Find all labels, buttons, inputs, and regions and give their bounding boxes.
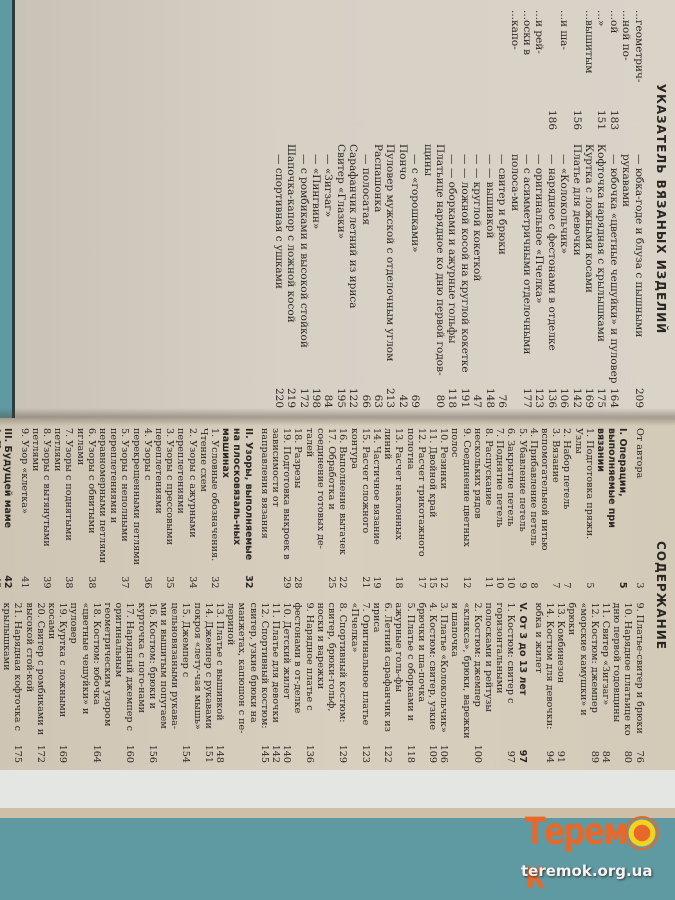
list-item: 13. Платье с вышивкой148 <box>214 603 225 764</box>
entry-title: От автора <box>633 428 644 567</box>
entry-page-number: 25 <box>304 571 338 589</box>
entry-title: — — круглой кокеткой <box>471 154 483 386</box>
book-photo: УКАЗАТЕЛЬ ВЯЗАНЫХ ИЗДЕЛИЙ ...геометрич-.… <box>0 0 675 900</box>
list-item: ...»151 <box>595 10 607 130</box>
entry-title: 1. Подготовка пряжи. Узлы <box>572 428 594 567</box>
entry-title: 12. Спортивный костюм: свитер, узкие брю… <box>225 603 270 741</box>
entry-title: 1. Костюм: свитер с горизонтальными поло… <box>483 603 517 742</box>
list-item: 11. Платье для девочки142 <box>270 603 281 764</box>
entry-title: I. Операции, выполняемые при вязании <box>595 428 629 567</box>
list-item: 8. Узоры с вытянутыми петлями39 <box>30 428 52 589</box>
entry-title: Свитер «Глазки» <box>334 144 346 384</box>
entry-page-number: 80 <box>611 745 633 763</box>
entry-title: — полосатая <box>359 154 371 386</box>
list-item: 4. Узоры с перекрещенными петлями36 <box>130 428 152 589</box>
entry-page-number: 9 <box>516 571 527 589</box>
list-item: 1. Подготовка пряжи. Узлы5 <box>572 428 594 589</box>
entry-title: ...оски в <box>521 10 533 108</box>
list-item: — «Зигзаг»84 <box>322 144 334 408</box>
list-item: Пуловер мужской с отделочным углом213 <box>384 144 396 408</box>
entry-title: 16. Выполнение вытачек <box>337 428 348 567</box>
entry-title: 21. Нарядная кофточка с крылышками <box>1 603 23 741</box>
entry-page-number: 41 <box>18 571 29 589</box>
entry-page-number: 164 <box>607 388 619 408</box>
entry-page-number: 32 <box>220 571 254 589</box>
entry-title: 4. Костюм: свитер, узкие брючки и ша-поч… <box>416 603 438 741</box>
entry-title: — — оборками и ажурные гольфы <box>446 154 458 384</box>
contents-heading: СОДЕРЖАНИЕ <box>655 418 667 773</box>
entry-title: 5. Узоры с неполными переплетениями и не… <box>97 428 131 567</box>
list-item: 7. Оригинальное платье «Пчелка»123 <box>348 603 370 764</box>
entry-title: 9. Нарядное платье с фестонами в от-делк… <box>292 603 314 741</box>
entry-page-number: 122 <box>371 745 393 763</box>
entry-page-number <box>533 112 545 130</box>
list-item: 186 <box>545 10 557 130</box>
entry-title: ...геометрич- <box>632 10 644 108</box>
list-item: 4. Прибавление петель8 <box>528 428 539 589</box>
entry-title: Пуловер мужской с отделочным углом <box>384 144 396 384</box>
list-item: — с «горошками»69 <box>409 144 421 408</box>
entry-page-number: 84 <box>322 390 334 408</box>
list-item: 3. Платье «Колокольчик»106 <box>438 603 449 764</box>
list-item: 19. Куртка с ложными косами169 <box>46 603 68 764</box>
entry-title: 8. Спортивный костюм: свитер, брюки-голь… <box>315 603 349 741</box>
section-entry: III. Будущей маме42 <box>2 428 13 589</box>
entry-page-number: 21 <box>348 571 370 589</box>
list-item: Сарафанчик летний из ириса122 <box>347 144 359 408</box>
index-left-column: ...геометрич-...ной по-...ой183...»151..… <box>272 10 644 130</box>
entry-page-number: 80 <box>421 390 446 408</box>
list-item: 6. Летний сарафанчик из ириса122 <box>371 603 393 764</box>
entry-page-number: 177 <box>508 388 533 408</box>
entry-title: ...» <box>595 10 607 106</box>
list-item: Куртка с ложными косами169 <box>583 144 595 408</box>
entry-title: 11. Двойной край <box>427 428 438 567</box>
entry-title: 16. Костюм: брюки и курточка с пого-нами <box>135 603 157 741</box>
book-cover-edge <box>0 770 675 808</box>
entry-title: Пончо <box>396 144 408 386</box>
list-item: 5. Платье с оборками и ажурные голь-фы11… <box>393 603 415 764</box>
entry-page-number: 11 <box>472 571 494 589</box>
entry-title: 7. Оригинальное платье «Пчелка» <box>348 603 370 741</box>
list-item: 156 <box>570 10 582 130</box>
entry-title: 3. Узоры с прессовыми переплетениями <box>153 428 175 567</box>
entry-page-number: 42 <box>396 390 408 408</box>
entry-page-number: 7 <box>561 571 572 589</box>
entry-page-number: 172 <box>297 388 309 408</box>
entry-title: 2. Узоры с ажурными переплетениями <box>175 428 197 567</box>
entry-page-number <box>508 112 520 130</box>
entry-page-number: 148 <box>483 388 495 408</box>
entry-page-number: 151 <box>595 110 607 130</box>
watermark-url: teremok.org.ua <box>521 862 652 880</box>
entry-title: ...вышитым <box>583 10 595 108</box>
teremok-watermark: Теремк teremok.org.ua <box>515 810 675 890</box>
entry-title: 14. Частичное вязание <box>371 428 382 567</box>
entry-title: — с «горошками» <box>409 154 421 386</box>
entry-page-number: 175 <box>1 745 23 763</box>
entry-title: — «Колокольчик» <box>558 154 570 384</box>
entry-page-number: 136 <box>292 745 314 763</box>
entry-title: 18. Разрезы <box>292 428 303 567</box>
entry-page-number: 39 <box>30 571 52 589</box>
entry-page-number: 129 <box>315 745 349 763</box>
entry-title: 5. Убавление петель <box>516 428 527 567</box>
entry-title: — «Зигзаг» <box>322 154 334 386</box>
entry-page-number: 47 <box>471 390 483 408</box>
entry-title: 12. Костюм: джемпер «морские камушки» и … <box>566 603 600 742</box>
entry-page-number <box>521 112 533 130</box>
entry-title: 19. Подготовка выкроек в зависимости от … <box>259 428 293 567</box>
list-item: — — вышивкой148 <box>483 144 495 408</box>
list-item: 12. Костюм: джемпер «морские камушки» и … <box>566 603 600 764</box>
entry-page-number: 10 <box>505 571 516 589</box>
entry-title: 6. Узоры с обвитыми иглами <box>74 428 96 567</box>
entry-page-number <box>558 112 570 130</box>
entry-title: ...ной по- <box>620 10 632 108</box>
list-item: 10. Нарядное платьице ко дню первой годо… <box>611 603 633 764</box>
contents-page: СОДЕРЖАНИЕ От автора3I. Операции, выполн… <box>0 418 675 773</box>
entry-title: 20. Свитер с ромбиками и высокой стой-ко… <box>23 603 45 741</box>
entry-title: Платьице нарядное ко дню первой годов-щи… <box>421 144 446 386</box>
entry-title: 9. Платье-свитер и брюки <box>633 603 644 742</box>
list-item: — оригинальное «Пчелка»123 <box>533 144 545 408</box>
entry-title: 14. Костюм для девочки: юбка и жилет <box>533 603 555 742</box>
entry-page-number: 8 <box>528 571 539 589</box>
entry-page-number: 154 <box>158 745 192 763</box>
entry-page-number <box>583 112 595 130</box>
list-item: 8. Распускание нескольких рядов11 <box>472 428 494 589</box>
entry-title: Платье для девочки <box>570 144 582 384</box>
entry-title: 17. Нарядный джемпер с оригинальным геом… <box>102 603 136 741</box>
entry-title: 10. Резинки <box>438 428 449 567</box>
entry-page-number: 140 <box>281 745 292 763</box>
entry-page-number: 5 <box>572 571 594 589</box>
list-item: 10. Резинки12 <box>438 428 449 589</box>
entry-title: Сарафанчик летний из ириса <box>347 144 359 384</box>
entry-title: II. Узоры, выполняемые на плосковязаль-н… <box>220 428 254 567</box>
entry-title: 3. Вязание вспомогательной нитью <box>539 428 561 567</box>
entry-title: Куртка с ложными косами <box>583 144 595 384</box>
entry-page-number: 97 <box>516 745 527 763</box>
list-item: 1. Пончо42 <box>0 428 2 589</box>
list-item: Распашонка63 <box>372 144 384 408</box>
entry-page-number: 219 <box>285 388 297 408</box>
list-item: 2. Костюм: джемпер «клякса», брюки, варе… <box>449 603 483 764</box>
list-item: 11. Двойной край15 <box>427 428 438 589</box>
entry-page-number: 10 <box>494 571 505 589</box>
entry-page-number: 220 <box>272 388 284 408</box>
sun-icon <box>625 816 659 850</box>
list-item: 18. Разрезы28 <box>292 428 303 589</box>
list-item: 14. Джемпер с рукавами покроя «лету-чая … <box>191 603 213 764</box>
list-item: 10. Детский жилет140 <box>281 603 292 764</box>
entry-page-number: 17 <box>404 571 426 589</box>
entry-page-number: 177 <box>0 745 1 763</box>
entry-title: 11. Платье для девочки <box>270 603 281 741</box>
entry-page-number: 142 <box>570 388 582 408</box>
entry-title: ...и ша- <box>558 10 570 108</box>
entry-page-number: 42 <box>2 571 13 589</box>
list-item: Кофточка нарядная с крылышками175 <box>595 144 607 408</box>
list-item: 13. Расчет наклонных линий18 <box>382 428 404 589</box>
entry-title: 7. Узоры с поднятыми петлями <box>52 428 74 567</box>
entry-title: — свитер и брюки <box>496 154 508 386</box>
entry-page-number: 97 <box>483 745 517 763</box>
entry-page-number: 156 <box>135 745 157 763</box>
entry-page-number: 136 <box>545 388 557 408</box>
list-item: ...вышитым <box>583 10 595 130</box>
entry-page-number: 213 <box>384 388 396 408</box>
entry-title <box>570 10 582 106</box>
entry-page-number: 186 <box>545 110 557 130</box>
entry-page-number: 164 <box>68 745 102 763</box>
entry-page-number: 37 <box>97 571 131 589</box>
list-item: Пончо42 <box>396 144 408 408</box>
entry-page-number: 145 <box>225 745 270 763</box>
entry-title: — с ромбиками и высокой стойкой <box>297 154 309 384</box>
entry-title: 9. Узор «клетка» <box>18 428 29 567</box>
entry-title: 1. Пончо <box>0 428 2 567</box>
entry-title: 13. Комбинезон <box>555 603 566 742</box>
list-item: 14. Костюм для девочки: юбка и жилет94 <box>533 603 555 764</box>
list-item: Шапочка-капор с ложной косой219 <box>285 144 297 408</box>
entry-page-number: 38 <box>52 571 74 589</box>
entry-title: 2. Костюм: джемпер «клякса», брюки, варе… <box>449 603 483 741</box>
entry-page-number: 94 <box>533 745 555 763</box>
list-item: — полосатая66 <box>359 144 371 408</box>
entry-page-number: 191 <box>459 388 471 408</box>
entry-title: 10. Детский жилет <box>281 603 292 741</box>
entry-title: 2. Набор петель <box>561 428 572 567</box>
section-entry: I. Операции, выполняемые при вязании5 <box>595 428 629 589</box>
list-item: 2. Узоры с ажурными переплетениями34 <box>175 428 197 589</box>
list-item: 9. Платье-свитер и брюки76 <box>633 603 644 764</box>
entry-title: 1. Условные обозначения. Чтение схем <box>198 428 220 567</box>
entry-page-number: 198 <box>310 388 322 408</box>
entry-title: — спортивная с ушками <box>272 154 284 384</box>
entry-page-number: 3 <box>633 571 644 589</box>
list-item: ...ой183 <box>607 10 619 130</box>
list-item: — юбка-годе и блуза с пышными рукавами20… <box>620 144 645 408</box>
entry-page-number: 76 <box>496 390 508 408</box>
list-item: Платьице нарядное ко дню первой годов-щи… <box>421 144 446 408</box>
list-item: — «Колокольчик»106 <box>558 144 570 408</box>
section-entry: II. Узоры, выполняемые на плосковязаль-н… <box>220 428 254 589</box>
entry-page-number <box>632 112 644 130</box>
list-item: 17. Нарядный джемпер с оригинальным геом… <box>102 603 136 764</box>
list-item: 6. Узоры с обвитыми иглами38 <box>74 428 96 589</box>
entry-title: Кофточка нарядная с крылышками <box>595 144 607 384</box>
list-item: 1. Условные обозначения. Чтение схем32 <box>198 428 220 589</box>
list-item: 7. Поднятие петель10 <box>494 428 505 589</box>
entry-page-number: 118 <box>393 745 415 763</box>
list-item: ...и рей- <box>533 10 545 130</box>
entry-title: 7. Поднятие петель <box>494 428 505 567</box>
entry-title: — юбка-годе и блуза с пышными рукавами <box>620 154 645 384</box>
list-item: 9. Узор «клетка»41 <box>18 428 29 589</box>
list-item: 5. Узоры с неполными переплетениями и не… <box>97 428 131 589</box>
list-item: 16. Выполнение вытачек22 <box>337 428 348 589</box>
entry-title <box>545 10 557 106</box>
entry-title: 15. Расчет сложного контура <box>348 428 370 567</box>
entry-title: 9. Соединение цветных полос <box>449 428 471 567</box>
entry-page-number: 28 <box>292 571 303 589</box>
list-item: 11. Свитер «Зигзаг»84 <box>600 603 611 764</box>
entry-page-number: 84 <box>600 745 611 763</box>
entry-title: 22. Платье с асимметричными отделоч-ными… <box>0 603 1 741</box>
entry-title: 13. Расчет наклонных линий <box>382 428 404 567</box>
entry-page-number: 18 <box>382 571 404 589</box>
list-item: 13. Комбинезон91 <box>555 603 566 764</box>
list-item: ...капо- <box>508 10 520 130</box>
entry-title: 8. Распускание нескольких рядов <box>472 428 494 567</box>
entry-page-number: 66 <box>359 390 371 408</box>
list-item: 8. Спортивный костюм: свитер, брюки-голь… <box>315 603 349 764</box>
entry-title: 14. Джемпер с рукавами покроя «лету-чая … <box>191 603 213 741</box>
list-item: — — ложной косой на круглой кокетке191 <box>459 144 471 408</box>
entry-page-number: 175 <box>595 388 607 408</box>
entry-page-number: 7 <box>539 571 561 589</box>
entry-page-number: 69 <box>409 390 421 408</box>
entry-page-number: 183 <box>607 110 619 130</box>
list-item: 1. Костюм: свитер с горизонтальными поло… <box>483 603 517 764</box>
list-item: — — оборками и ажурные гольфы118 <box>446 144 458 408</box>
entry-page-number: 109 <box>416 745 438 763</box>
entry-title: 12. Расчет трикотажного полотна <box>404 428 426 567</box>
entry-page-number: 63 <box>372 390 384 408</box>
list-item: Свитер «Глазки»195 <box>334 144 346 408</box>
entry-page-number: 209 <box>620 388 645 408</box>
entry-page-number: 156 <box>570 110 582 130</box>
entry-title: 4. Узоры с перекрещенными петлями <box>130 428 152 567</box>
entry-page-number: 38 <box>74 571 96 589</box>
entry-page-number: 118 <box>446 388 458 408</box>
list-item: ...и ша- <box>558 10 570 130</box>
list-item: 3. Вязание вспомогательной нитью7 <box>539 428 561 589</box>
list-item: — юбочка «цветные чешуйки» и пуловер164 <box>607 144 619 408</box>
entry-page-number: 12 <box>438 571 449 589</box>
entry-page-number: 22 <box>337 571 348 589</box>
list-item: Платье для девочки142 <box>570 144 582 408</box>
entry-page-number: 19 <box>371 571 382 589</box>
entry-title: ...ой <box>607 10 619 106</box>
entry-page-number: 169 <box>46 745 68 763</box>
entry-page-number: 151 <box>191 745 213 763</box>
entry-page-number: 142 <box>270 745 281 763</box>
entry-page-number <box>620 112 632 130</box>
entry-page-number: 89 <box>566 745 600 763</box>
entry-title: 15. Джемпер с цельновязаными рукава-ми и… <box>158 603 192 741</box>
entry-title: 19. Куртка с ложными косами <box>46 603 68 741</box>
entry-page-number: 106 <box>558 388 570 408</box>
contents-column-2: 9. Платье-свитер и брюки7610. Нарядное п… <box>0 603 645 764</box>
list-item: 12. Спортивный костюм: свитер, узкие брю… <box>225 603 270 764</box>
list-item: — свитер и брюки76 <box>496 144 508 408</box>
list-item: ...геометрич- <box>632 10 644 130</box>
entry-page-number: 122 <box>347 388 359 408</box>
entry-title: — с асимметричными отделочными полоса-ми <box>508 154 533 384</box>
list-item: 15. Расчет сложного контура21 <box>348 428 370 589</box>
list-item: — нарядное с фестонами в отделке136 <box>545 144 557 408</box>
entry-page-number: 172 <box>23 745 45 763</box>
entry-page-number: 29 <box>259 571 293 589</box>
entry-page-number: 15 <box>427 571 438 589</box>
list-item: 22. Платье с асимметричными отделоч-ными… <box>0 603 1 764</box>
entry-title: 4. Прибавление петель <box>528 428 539 567</box>
entry-title: 6. Летний сарафанчик из ириса <box>371 603 393 741</box>
entry-page-number: 76 <box>633 745 644 763</box>
entry-page-number: 34 <box>175 571 197 589</box>
entry-page-number: 100 <box>449 745 483 763</box>
entry-title: 11. Свитер «Зигзаг» <box>600 603 611 742</box>
list-item: ...ной по- <box>620 10 632 130</box>
list-item: 2. Набор петель7 <box>561 428 572 589</box>
index-right-column: — юбка-годе и блуза с пышными рукавами20… <box>272 144 644 408</box>
list-item: ...оски в <box>521 10 533 130</box>
list-item: 12. Расчет трикотажного полотна17 <box>404 428 426 589</box>
entry-page-number: 148 <box>214 745 225 763</box>
list-item: 14. Частичное вязание19 <box>371 428 382 589</box>
entry-title: — — вышивкой <box>483 154 495 384</box>
entry-title: V. От 3 до 13 лет <box>516 603 527 742</box>
entry-title: Распашонка <box>372 144 384 386</box>
entry-page-number: 195 <box>334 388 346 408</box>
entry-title: — — ложной косой на круглой кокетке <box>459 154 471 384</box>
entry-title: 17. Обработка и соединение готовых де-та… <box>304 428 338 567</box>
list-item: 6. Закрытие петель10 <box>505 428 516 589</box>
list-item: — «Пингвин»198 <box>310 144 322 408</box>
list-item: 18. Костюм: юбочка «цветные чешуйки» и п… <box>68 603 102 764</box>
entry-page-number: 12 <box>449 571 471 589</box>
entry-title: ...капо- <box>508 10 520 108</box>
index-page: УКАЗАТЕЛЬ ВЯЗАНЫХ ИЗДЕЛИЙ ...геометрич-.… <box>12 0 675 418</box>
entry-title: 6. Закрытие петель <box>505 428 516 567</box>
entry-page-number: 123 <box>533 388 545 408</box>
entry-title: 3. Платье «Колокольчик» <box>438 603 449 741</box>
entry-title: 18. Костюм: юбочка «цветные чешуйки» и п… <box>68 603 102 741</box>
list-item: — с ромбиками и высокой стойкой172 <box>297 144 309 408</box>
entry-title: 13. Платье с вышивкой <box>214 603 225 741</box>
list-item: — с асимметричными отделочными полоса-ми… <box>508 144 533 408</box>
entry-title: 8. Узоры с вытянутыми петлями <box>30 428 52 567</box>
entry-title: III. Будущей маме <box>2 428 13 567</box>
entry-page-number: 123 <box>348 745 370 763</box>
entry-page-number: 5 <box>595 571 629 589</box>
entry-title: 10. Нарядное платьице ко дню первой годо… <box>611 603 633 742</box>
list-item: 21. Нарядная кофточка с крылышками175 <box>1 603 23 764</box>
list-item: 4. Костюм: свитер, узкие брючки и ша-поч… <box>416 603 438 764</box>
list-item: — спортивная с ушками220 <box>272 144 284 408</box>
list-item: — — круглой кокеткой47 <box>471 144 483 408</box>
list-item: 3. Узоры с прессовыми переплетениями35 <box>153 428 175 589</box>
entry-page-number: 36 <box>130 571 152 589</box>
entry-page-number: 32 <box>198 571 220 589</box>
entry-page-number: 91 <box>555 745 566 763</box>
list-item: 16. Костюм: брюки и курточка с пого-нами… <box>135 603 157 764</box>
list-item: 7. Узоры с поднятыми петлями38 <box>52 428 74 589</box>
entry-title: 5. Платье с оборками и ажурные голь-фы <box>393 603 415 741</box>
list-item: 9. Соединение цветных полос12 <box>449 428 471 589</box>
list-item: 20. Свитер с ромбиками и высокой стой-ко… <box>23 603 45 764</box>
entry-title: — «Пингвин» <box>310 154 322 384</box>
entry-title: — оригинальное «Пчелка» <box>533 154 545 384</box>
list-item: 9. Нарядное платье с фестонами в от-делк… <box>292 603 314 764</box>
entry-page-number: 35 <box>153 571 175 589</box>
list-item: 19. Подготовка выкроек в зависимости от … <box>259 428 293 589</box>
list-item: 15. Джемпер с цельновязаными рукава-ми и… <box>158 603 192 764</box>
entry-page-number: 160 <box>102 745 136 763</box>
